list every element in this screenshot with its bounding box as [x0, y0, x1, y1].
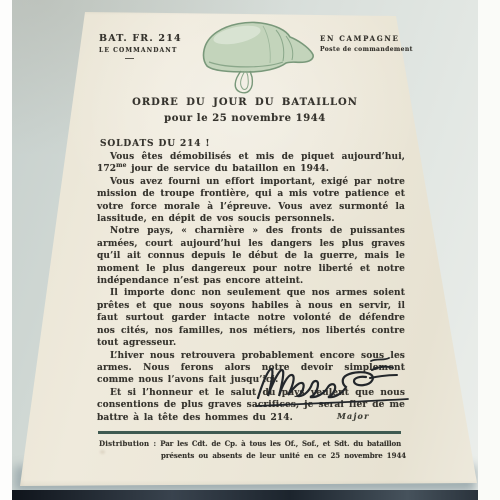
document-subtitle: pour le 25 novembre 1944 — [85, 113, 405, 124]
helmet-icon — [193, 20, 321, 96]
body-paragraph: Notre pays, « charnière » des fronts de … — [97, 225, 405, 287]
distribution-label: Distribution : — [99, 439, 156, 448]
commander-line: LE COMMANDANT — [99, 47, 182, 54]
photo-border-right — [478, 0, 500, 500]
unit-designation: BAT. FR. 214 — [99, 33, 182, 44]
unit-designation-block: BAT. FR. 214 LE COMMANDANT — [99, 33, 182, 59]
footer-rule — [98, 431, 401, 434]
photo-of-document: BAT. FR. 214 LE COMMANDANT EN CAMPAGNE P… — [0, 0, 500, 500]
distribution-line2: présents ou absents de leur unité en ce … — [161, 451, 406, 460]
command-post-line: Poste de commandement — [320, 46, 413, 53]
body-paragraph: Vous avez fourni un effort important, ex… — [97, 176, 405, 226]
body-paragraph: Vous êtes démobilisés et mis de piquet a… — [97, 151, 405, 176]
signer-rank: Major — [337, 411, 369, 421]
document-title: ORDRE DU JOUR DU BATAILLON — [85, 97, 405, 108]
body-paragraph: Il importe donc non seulement que nos ar… — [97, 287, 405, 349]
photo-border-bottom — [8, 490, 478, 500]
distribution-line: Distribution : Par les Cdt. de Cp. à tou… — [99, 439, 401, 448]
field-post-block: EN CAMPAGNE Poste de commandement — [320, 34, 413, 53]
signature-underline — [256, 399, 408, 406]
photo-border-left — [0, 0, 12, 500]
printed-content: BAT. FR. 214 LE COMMANDANT EN CAMPAGNE P… — [0, 0, 500, 500]
salutation: SOLDATS DU 214 ! — [100, 139, 210, 149]
signature-scrawl — [252, 356, 414, 414]
distribution-text: Par les Cdt. de Cp. à tous les Of., Sof.… — [160, 439, 401, 448]
superscript: me — [116, 162, 126, 169]
campaign-line: EN CAMPAGNE — [320, 34, 413, 43]
divider-dash — [125, 58, 134, 59]
